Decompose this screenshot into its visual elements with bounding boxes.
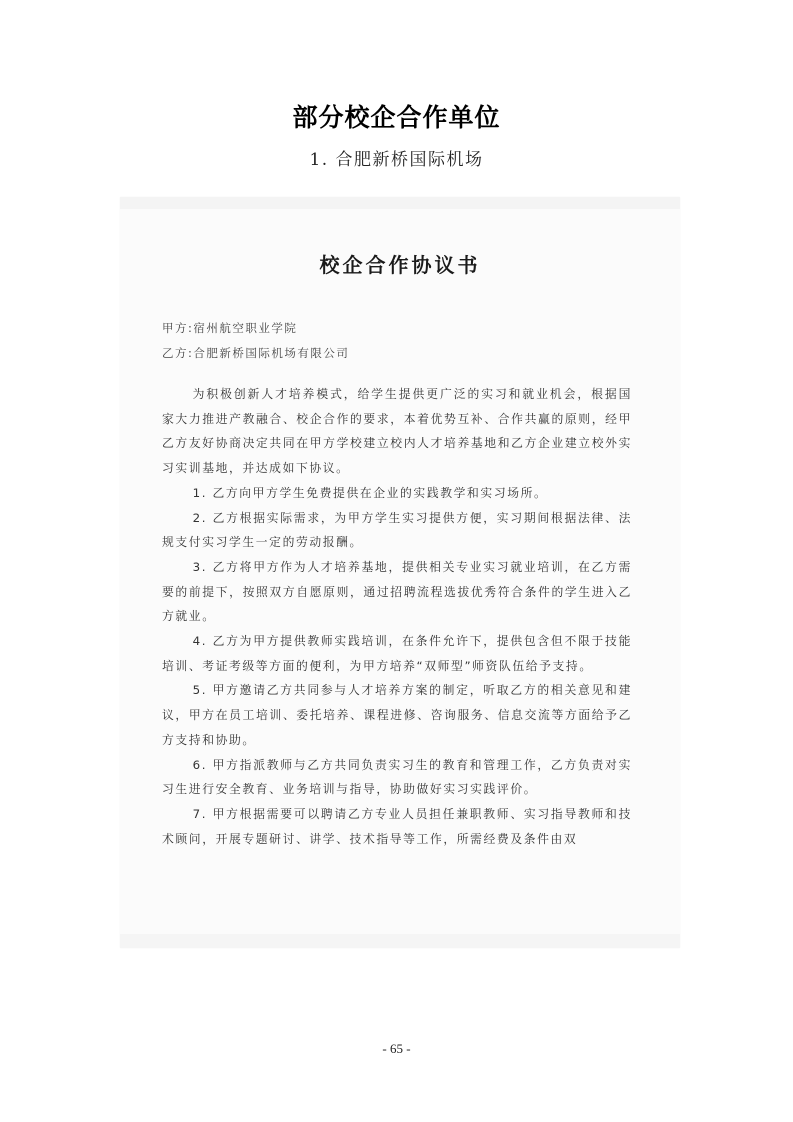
agreement-clause-6: 6. 甲方指派教师与乙方共同负责实习生的教育和管理工作，乙方负责对实习生进行安全… xyxy=(162,753,632,802)
agreement-body: 为积极创新人才培养模式，给学生提供更广泛的实习和就业机会，根据国家大力推进产教融… xyxy=(162,382,632,851)
scan-edge-bottom xyxy=(120,934,680,948)
agreement-clause-2: 2. 乙方根据实际需求，为甲方学生实习提供方便，实习期间根据法律、法规支付实习学… xyxy=(162,506,632,555)
section-heading: 1. 合肥新桥国际机场 xyxy=(0,145,793,170)
scanned-agreement-image: 校企合作协议书 甲方:宿州航空职业学院 乙方:合肥新桥国际机场有限公司 为积极创… xyxy=(120,197,680,948)
party-b: 乙方:合肥新桥国际机场有限公司 xyxy=(162,345,349,361)
party-a: 甲方:宿州航空职业学院 xyxy=(162,320,297,336)
agreement-title: 校企合作协议书 xyxy=(120,249,680,278)
page-number: - 65 - xyxy=(0,1041,793,1057)
agreement-clause-7: 7. 甲方根据需要可以聘请乙方专业人员担任兼职教师、实习指导教师和技术顾问，开展… xyxy=(162,802,632,851)
page-title: 部分校企合作单位 xyxy=(0,98,793,134)
agreement-clause-3: 3. 乙方将甲方作为人才培养基地，提供相关专业实习就业培训，在乙方需要的前提下，… xyxy=(162,555,632,629)
agreement-clause-1: 1. 乙方向甲方学生免费提供在企业的实践教学和实习场所。 xyxy=(162,481,632,506)
agreement-clause-4: 4. 乙方为甲方提供教师实践培训，在条件允许下，提供包含但不限于技能培训、考证考… xyxy=(162,629,632,678)
scan-edge-top xyxy=(120,197,680,209)
agreement-preamble: 为积极创新人才培养模式，给学生提供更广泛的实习和就业机会，根据国家大力推进产教融… xyxy=(162,382,632,481)
agreement-clause-5: 5. 甲方邀请乙方共同参与人才培养方案的制定，听取乙方的相关意见和建议，甲方在员… xyxy=(162,678,632,752)
